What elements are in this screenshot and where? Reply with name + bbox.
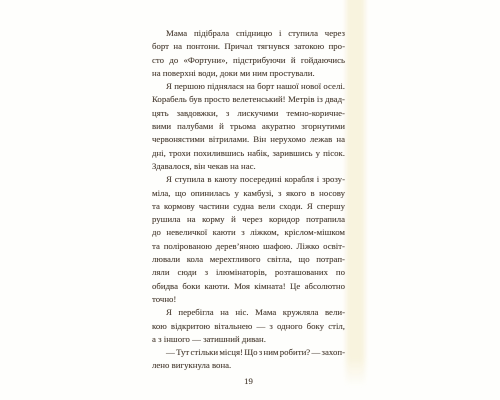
text-line: Корабель був просто велетенський! Метрів… xyxy=(152,93,345,106)
paragraph: Я ступила в каюту посередині корабля і з… xyxy=(152,173,345,306)
text-line: обидва боки каюти. Моя кімната! Це абсол… xyxy=(152,280,345,293)
book-page-photo: Мама підібрала спідницю і ступила черезб… xyxy=(0,0,500,400)
text-line: Я перебігла на ніс. Мама кружляла вели- xyxy=(152,306,345,319)
text-line: вими палубами й трьома акуратно згорнути… xyxy=(152,120,345,133)
page-text: Мама підібрала спідницю і ступила черезб… xyxy=(152,27,345,373)
text-line: цять завдовжки, з лискучими темно-коричн… xyxy=(152,107,345,120)
text-line: Здавалося, він чекав на нас. xyxy=(152,160,345,173)
text-line: ляли сюди з ілюмінаторів, розташованих п… xyxy=(152,266,345,279)
text-line: червонястими вітрилами. Він нерухомо леж… xyxy=(152,133,345,146)
text-line: Я ступила в каюту посередині корабля і з… xyxy=(152,173,345,186)
text-line: дні, трохи похилившись набік, зарившись … xyxy=(152,147,345,160)
text-line: міла, що опинилась у камбузі, з якого в … xyxy=(152,187,345,200)
paragraph: Я першою піднялася на борт нашої нової о… xyxy=(152,80,345,173)
text-line: сто до «Фортуни», підстрибуючи й гойдаюч… xyxy=(152,54,345,67)
paragraph: Мама підібрала спідницю і ступила черезб… xyxy=(152,27,345,80)
paper-edge-band xyxy=(346,0,365,386)
paragraph: — Тут стільки місця! Що з ним робити? — … xyxy=(152,346,345,373)
text-line: борт на понтони. Причал тягнувся затокою… xyxy=(152,40,345,53)
text-line: рушила на корму й через коридор потрапил… xyxy=(152,213,345,226)
text-line: Мама підібрала спідницю і ступила через xyxy=(152,27,345,40)
text-line: та кормову частини судна вели сходи. Я с… xyxy=(152,200,345,213)
text-line: Я першою піднялася на борт нашої нової о… xyxy=(152,80,345,93)
text-line: до невеличкої каюти з ліжком, кріслом-мі… xyxy=(152,226,345,239)
page-number: 19 xyxy=(152,375,345,388)
text-line: та полірованою дерев’яною шафою. Ліжко о… xyxy=(152,240,345,253)
text-line: а з іншого — затишний диван. xyxy=(152,333,345,346)
text-line: лювали кола мерехтливого світла, що потр… xyxy=(152,253,345,266)
text-line: кою відкритою вітальнею — з одного боку … xyxy=(152,320,345,333)
paragraph: Я перебігла на ніс. Мама кружляла вели-к… xyxy=(152,306,345,346)
text-line: — Тут стільки місця! Що з ним робити? — … xyxy=(152,346,345,359)
text-line: лено вигукнула вона. xyxy=(152,359,345,372)
text-line: на поверхні води, доки ми ним простували… xyxy=(152,67,345,80)
text-line: точно! xyxy=(152,293,345,306)
